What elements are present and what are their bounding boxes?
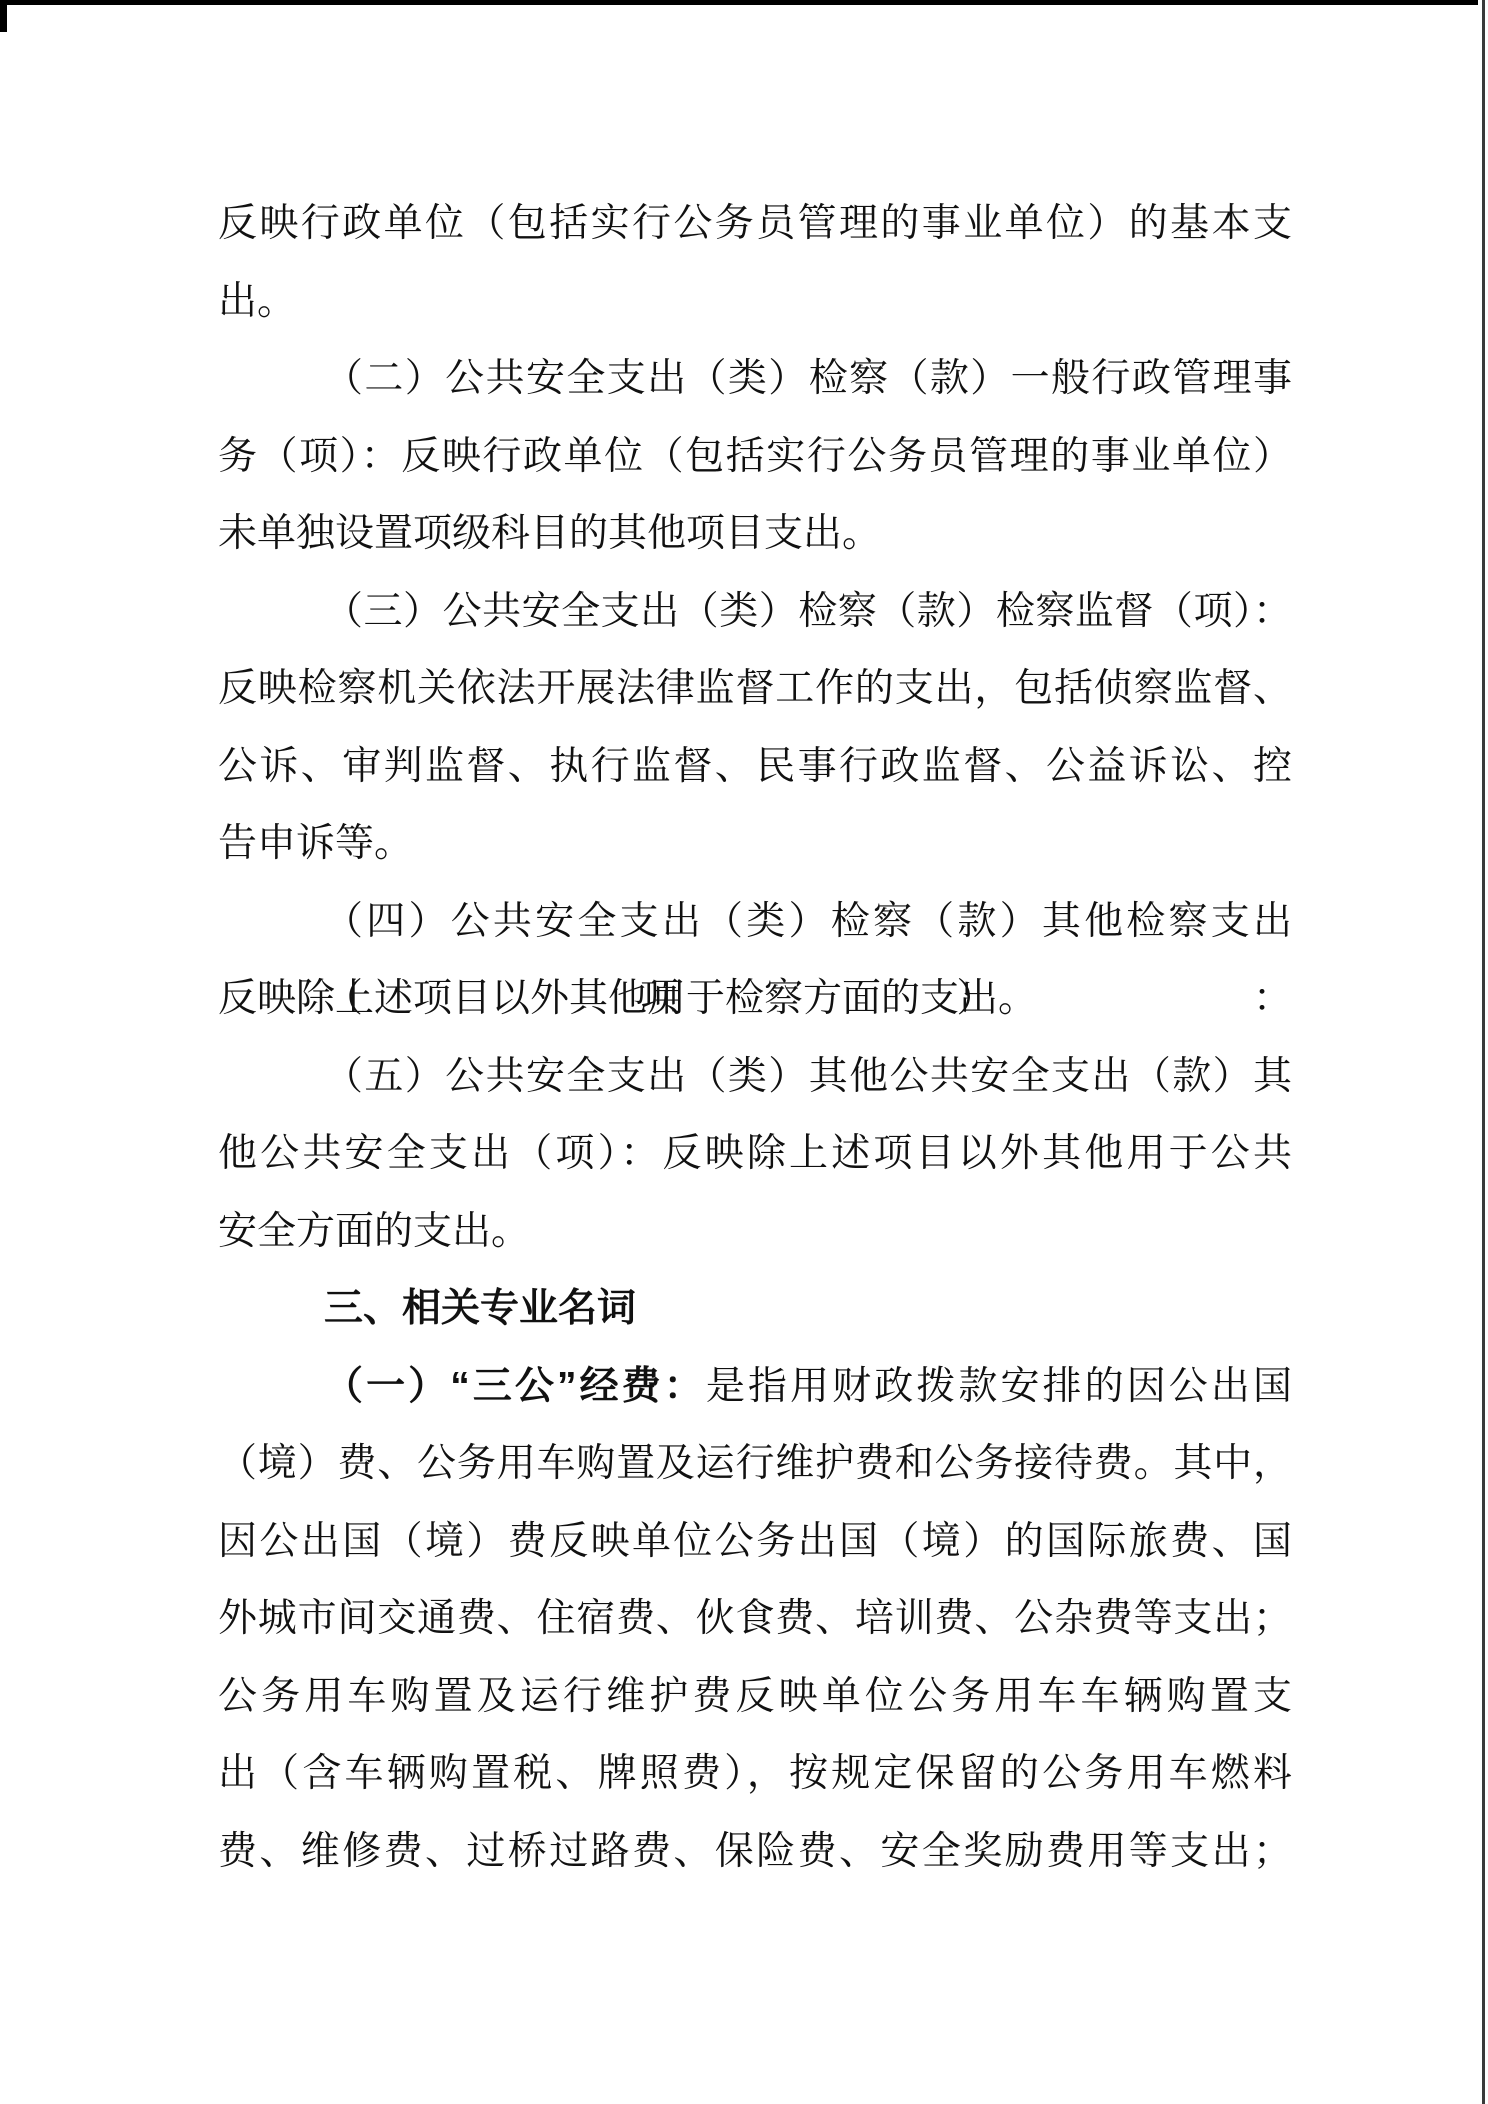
- text-line: （三）公共安全支出（类）检察（款）检察监督（项）：: [218, 573, 1292, 651]
- scan-left-notch-artifact: [0, 0, 7, 32]
- text-line: 费、维修费、过桥过路费、保险费、安全奖励费用等支出；: [218, 1813, 1292, 1891]
- text-line: 因公出国（境）费反映单位公务出国（境）的国际旅费、国: [218, 1503, 1292, 1581]
- text-segment: 反映行政单位（包括实行公务员管理的事业单位）的基本支: [218, 202, 1292, 245]
- text-line: （境）费、公务用车购置及运行维护费和公务接待费。其中，: [218, 1425, 1292, 1503]
- text-segment: 反映检察机关依法开展法律监督工作的支出，包括侦察监督、: [218, 667, 1292, 710]
- text-line: （五）公共安全支出（类）其他公共安全支出（款）其: [218, 1038, 1292, 1116]
- text-segment: 反映除上述项目以外其他用于检察方面的支出。: [218, 977, 1037, 1020]
- text-segment: 未单独设置项级科目的其他项目支出。: [218, 512, 881, 555]
- text-line: （二）公共安全支出（类）检察（款）一般行政管理事: [218, 340, 1292, 418]
- text-segment: 告申诉等。: [218, 822, 413, 865]
- text-segment: （境）费、公务用车购置及运行维护费和公务接待费。其中，: [218, 1442, 1292, 1485]
- text-segment: 务（项）：反映行政单位（包括实行公务员管理的事业单位）: [218, 435, 1292, 478]
- text-segment: （五）公共安全支出（类）其他公共安全支出（款）其: [324, 1055, 1292, 1098]
- bold-text-segment: （一）“三公”经费：: [324, 1365, 706, 1408]
- scan-right-edge-line: [1482, 0, 1485, 2104]
- text-segment: 出（含车辆购置税、牌照费），按规定保留的公务用车燃料: [218, 1752, 1292, 1795]
- text-segment: 出。: [218, 280, 296, 323]
- text-segment: 是指用财政拨款安排的因公出国: [706, 1365, 1292, 1408]
- text-block: 反映行政单位（包括实行公务员管理的事业单位）的基本支出。（二）公共安全支出（类）…: [218, 185, 1292, 1890]
- text-line: 未单独设置项级科目的其他项目支出。: [218, 495, 1292, 573]
- text-segment: 公务用车购置及运行维护费反映单位公务用车车辆购置支: [218, 1675, 1292, 1718]
- text-segment: 因公出国（境）费反映单位公务出国（境）的国际旅费、国: [218, 1520, 1292, 1563]
- scan-top-edge-artifact: [0, 0, 1478, 5]
- text-line: 出。: [218, 263, 1292, 341]
- text-line: 公务用车购置及运行维护费反映单位公务用车车辆购置支: [218, 1658, 1292, 1736]
- text-line: 出（含车辆购置税、牌照费），按规定保留的公务用车燃料: [218, 1735, 1292, 1813]
- text-line: 告申诉等。: [218, 805, 1292, 883]
- document-page: 反映行政单位（包括实行公务员管理的事业单位）的基本支出。（二）公共安全支出（类）…: [0, 0, 1488, 2104]
- text-line: （四）公共安全支出（类）检察（款）其他检察支出（项）：: [218, 883, 1292, 961]
- text-line: 外城市间交通费、住宿费、伙食费、培训费、公杂费等支出；: [218, 1580, 1292, 1658]
- text-segment: 外城市间交通费、住宿费、伙食费、培训费、公杂费等支出；: [218, 1597, 1292, 1640]
- text-segment: （三）公共安全支出（类）检察（款）检察监督（项）：: [324, 590, 1292, 633]
- text-line: 安全方面的支出。: [218, 1193, 1292, 1271]
- text-segment: 他公共安全支出（项）：反映除上述项目以外其他用于公共: [218, 1132, 1292, 1175]
- text-line: 反映检察机关依法开展法律监督工作的支出，包括侦察监督、: [218, 650, 1292, 728]
- bold-text-segment: 三、相关专业名词: [324, 1287, 636, 1330]
- text-line: 务（项）：反映行政单位（包括实行公务员管理的事业单位）: [218, 418, 1292, 496]
- text-line: （一）“三公”经费：是指用财政拨款安排的因公出国: [218, 1348, 1292, 1426]
- text-segment: 公诉、审判监督、执行监督、民事行政监督、公益诉讼、控: [218, 745, 1292, 788]
- heading-line: 三、相关专业名词: [218, 1270, 1292, 1348]
- text-segment: 费、维修费、过桥过路费、保险费、安全奖励费用等支出；: [218, 1830, 1292, 1873]
- text-line: 反映行政单位（包括实行公务员管理的事业单位）的基本支: [218, 185, 1292, 263]
- text-segment: 安全方面的支出。: [218, 1210, 530, 1253]
- text-line: 他公共安全支出（项）：反映除上述项目以外其他用于公共: [218, 1115, 1292, 1193]
- text-line: 公诉、审判监督、执行监督、民事行政监督、公益诉讼、控: [218, 728, 1292, 806]
- text-segment: （二）公共安全支出（类）检察（款）一般行政管理事: [324, 357, 1292, 400]
